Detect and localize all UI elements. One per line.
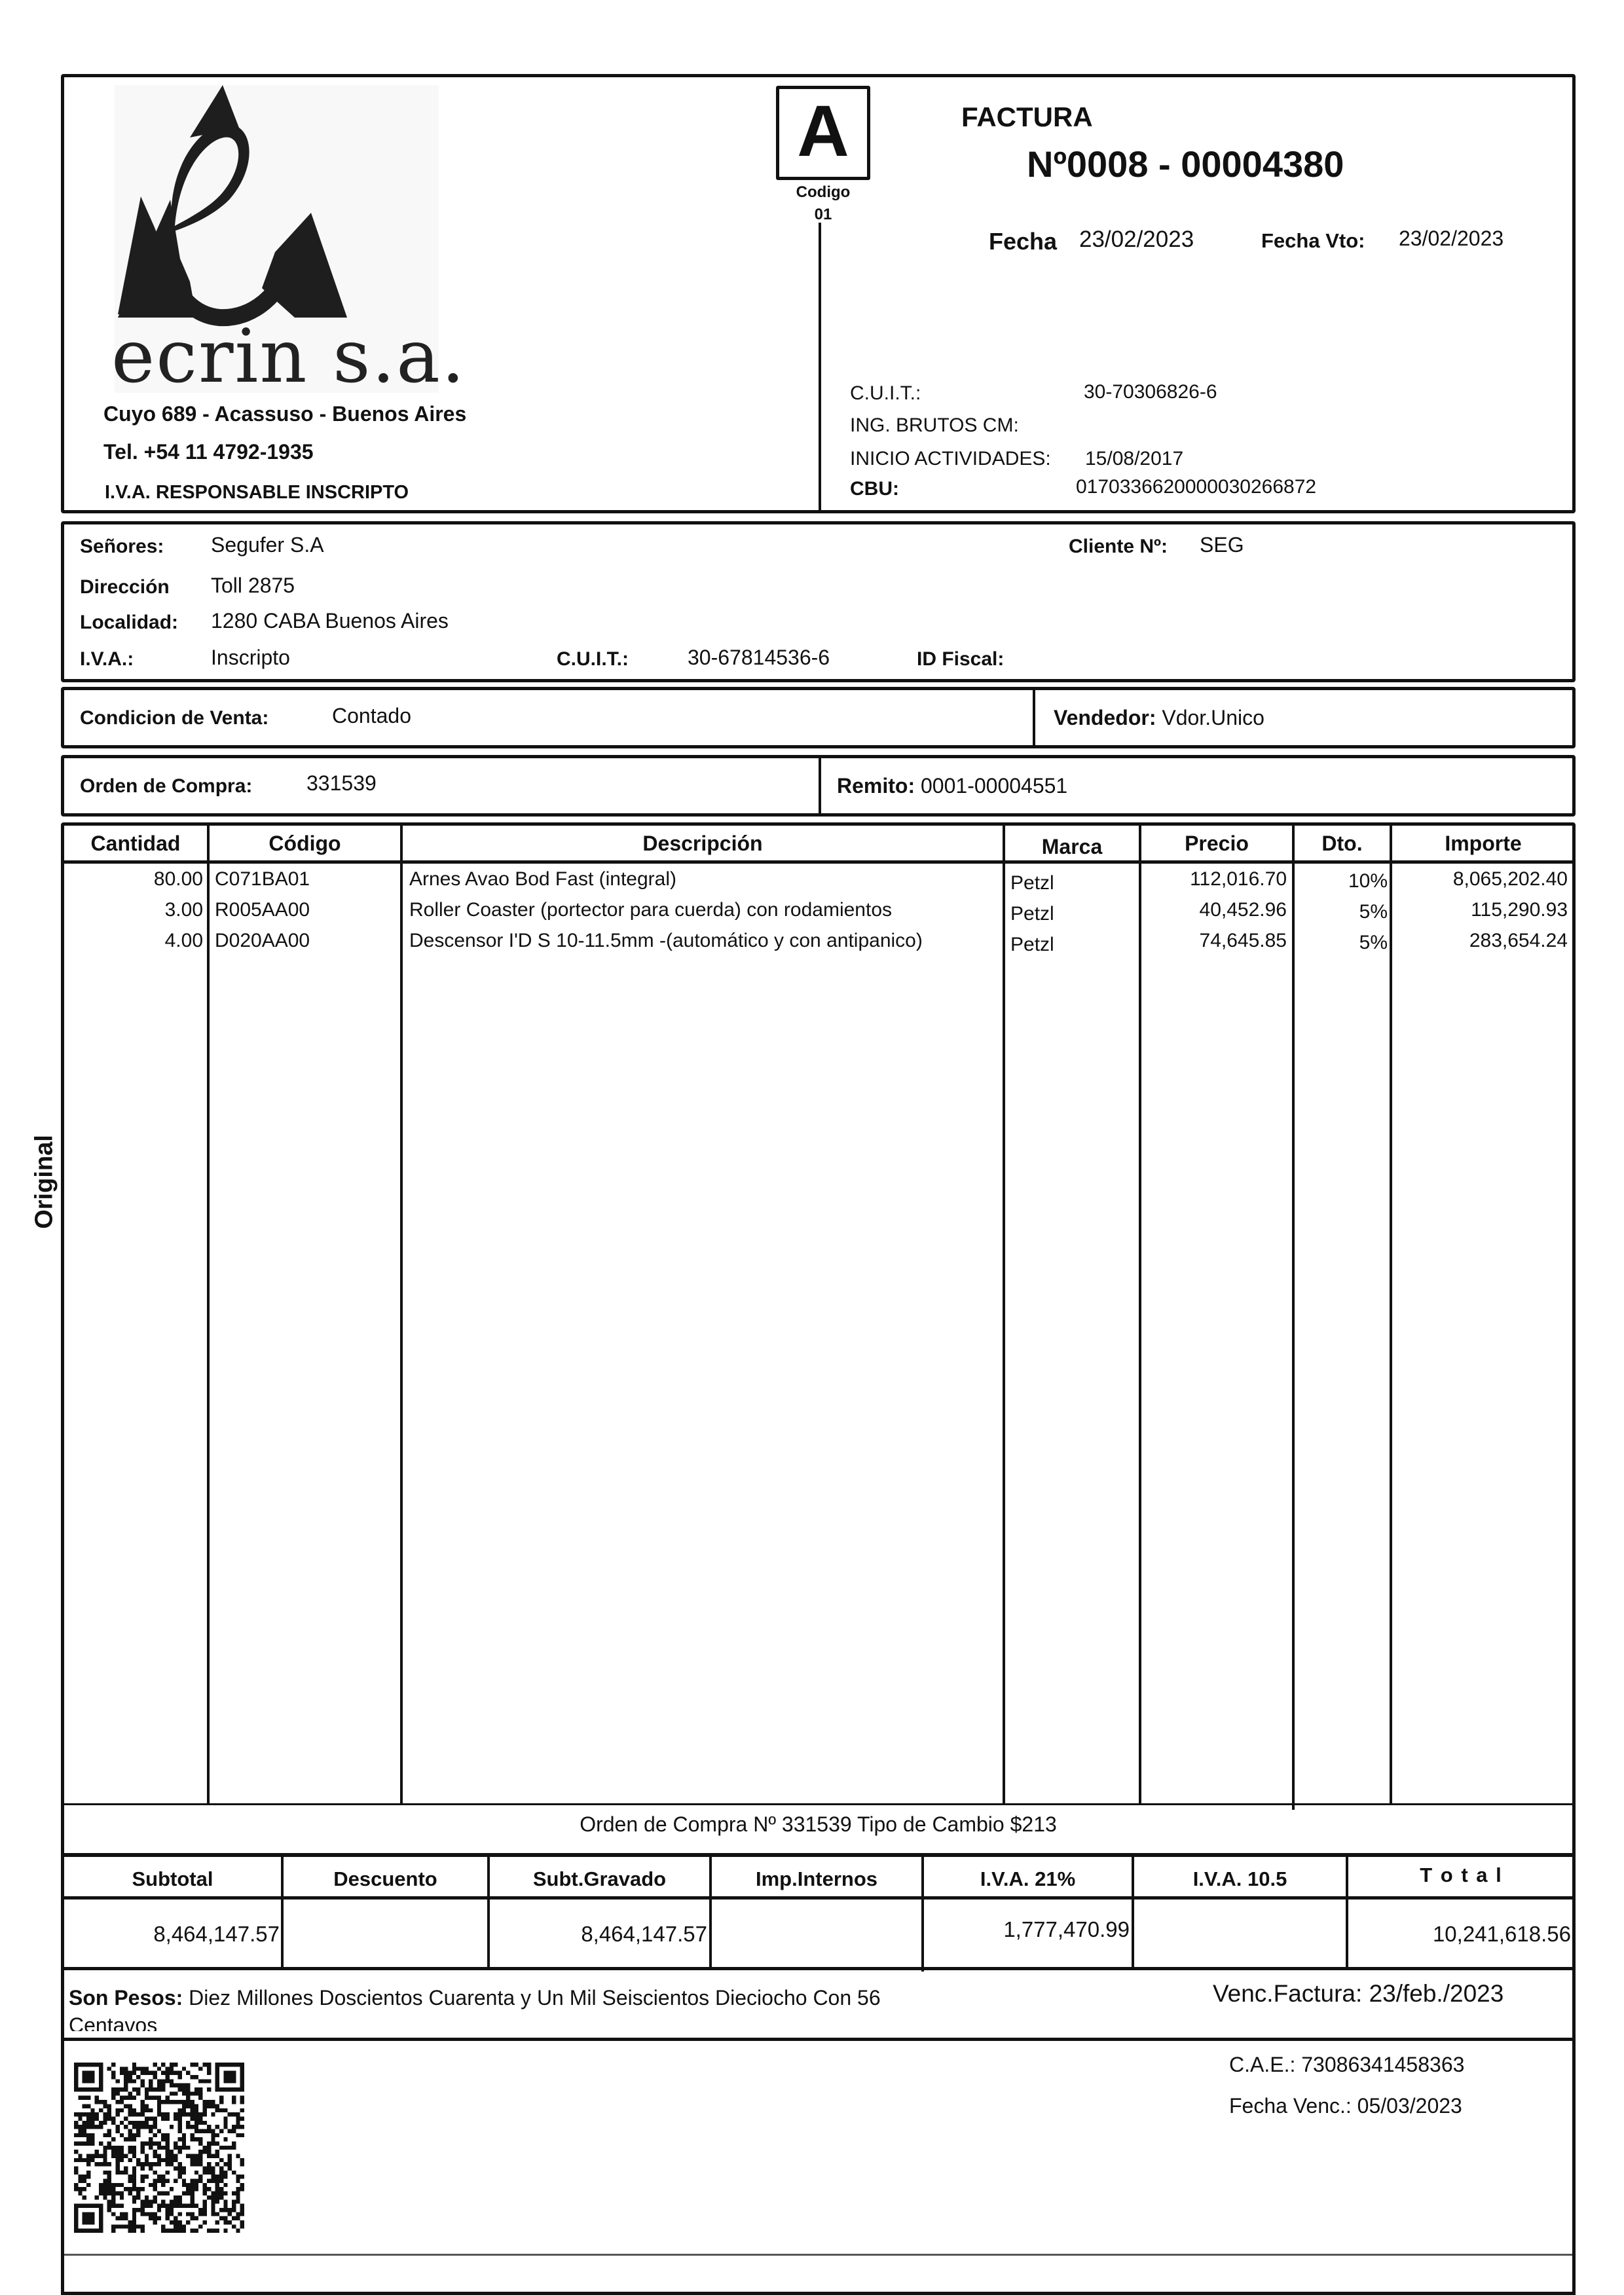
items-table [61, 822, 1576, 1857]
items-bottom-line [62, 1803, 1574, 1805]
orden-compra-value: 331539 [306, 771, 377, 796]
localidad-label: Localidad: [80, 612, 178, 634]
total-header-subt-gravado: Subt.Gravado [490, 1867, 709, 1891]
cell-marca: Petzl [1010, 903, 1135, 925]
invoice-code: 01 [783, 206, 864, 224]
cell-precio: 112,016.70 [1141, 868, 1287, 890]
total-value-subtotal: 8,464,147.57 [64, 1922, 280, 1947]
col-header-precio: Precio [1141, 832, 1292, 856]
col-divider [1003, 824, 1005, 1805]
direccion-value: Toll 2875 [211, 574, 295, 598]
cell-marca: Petzl [1010, 872, 1135, 894]
col-header-codigo: Código [210, 832, 400, 856]
col-header-descripcion: Descripción [403, 832, 1003, 856]
remito-value: 0001-00004551 [921, 774, 1067, 798]
sale-condition-box [61, 687, 1576, 748]
fecha-value: 23/02/2023 [1079, 227, 1194, 253]
total-header-subtotal: Subtotal [64, 1867, 281, 1891]
cell-importe: 283,654.24 [1392, 930, 1568, 952]
venc-factura: Venc.Factura: 23/feb./2023 [1213, 1980, 1504, 2008]
vendedor-value: Vdor.Unico [1162, 706, 1264, 729]
frame-right [1572, 1853, 1576, 2295]
issuer-cuit: 30-70306826-6 [1084, 381, 1217, 403]
issuer-cuit-label: C.U.I.T.: [850, 382, 921, 405]
total-header-imp-internos: Imp.Internos [712, 1867, 921, 1891]
customer-name: Segufer S.A [211, 533, 324, 557]
total-header-total: T o t a l [1348, 1864, 1574, 1887]
total-header-iva-21: I.V.A. 21% [924, 1867, 1132, 1891]
frame-left [61, 1853, 64, 2295]
col-header-dto: Dto. [1295, 832, 1390, 856]
fecha-vto-label: Fecha Vto: [1261, 229, 1365, 253]
items-footer-note: Orden de Compra Nº 331539 Tipo de Cambio… [62, 1812, 1574, 1837]
items-header-line [62, 860, 1574, 864]
cell-codigo: D020AA00 [215, 930, 398, 952]
total-header-iva-105: I.V.A. 10.5 [1134, 1867, 1346, 1891]
invoice-letter: A [797, 91, 849, 172]
col-divider [1139, 824, 1141, 1805]
vendedor-field: Vendedor: Vdor.Unico [1054, 706, 1264, 730]
company-name: ecrin s.a. [111, 314, 466, 399]
cell-precio: 74,645.85 [1141, 930, 1287, 952]
issuer-address: Cuyo 689 - Acassuso - Buenos Aires [103, 402, 466, 426]
cell-cantidad: 3.00 [64, 899, 203, 921]
orden-compra-label: Orden de Compra: [80, 775, 252, 798]
col-divider [1390, 824, 1392, 1805]
totals-bottom-line [62, 1967, 1574, 1970]
localidad-value: 1280 CABA Buenos Aires [211, 609, 449, 633]
cell-descripcion: Roller Coaster (portector para cuerda) c… [409, 899, 999, 921]
cell-dto: 10% [1295, 870, 1388, 892]
col-header-importe: Importe [1392, 832, 1574, 856]
cell-codigo: R005AA00 [215, 899, 398, 921]
invoice-code-label: Codigo [783, 183, 864, 202]
cell-codigo: C071BA01 [215, 868, 398, 890]
amount-in-words: Son Pesos: Diez Millones Doscientos Cuar… [69, 1984, 959, 2031]
frame-bottom [61, 2292, 1576, 2295]
copy-type-text: Original [31, 1135, 59, 1229]
issuer-phone: Tel. +54 11 4792-1935 [103, 440, 314, 464]
inicio-actividades-value: 15/08/2017 [1085, 448, 1183, 470]
order-divider [819, 757, 821, 815]
col-divider [1292, 824, 1295, 1810]
header-divider [819, 223, 821, 512]
cell-cantidad: 80.00 [64, 868, 203, 890]
cell-descripcion: Descensor I'D S 10-11.5mm -(automático y… [409, 930, 999, 952]
ing-brutos-label: ING. BRUTOS CM: [850, 414, 1019, 437]
cbu-label: CBU: [850, 478, 899, 500]
total-value-subt-gravado: 8,464,147.57 [490, 1922, 707, 1947]
cell-cantidad: 4.00 [64, 930, 203, 952]
total-value-iva-21: 1,777,470.99 [924, 1917, 1130, 1942]
condicion-label: Condicion de Venta: [80, 707, 268, 729]
col-header-marca: Marca [1005, 835, 1139, 859]
cell-importe: 115,290.93 [1392, 899, 1568, 921]
customer-iva-value: Inscripto [211, 646, 290, 670]
id-fiscal-label: ID Fiscal: [917, 648, 1004, 670]
direccion-label: Dirección [80, 576, 170, 598]
cae-top-line [62, 2038, 1574, 2041]
vendedor-label: Vendedor: [1054, 706, 1156, 729]
sale-condition-divider [1033, 689, 1035, 746]
cell-descripcion: Arnes Avao Bod Fast (integral) [409, 868, 999, 890]
customer-cuit-label: C.U.I.T.: [557, 648, 629, 670]
fecha-vto-value: 23/02/2023 [1399, 227, 1504, 251]
cbu-value: 0170336620000030266872 [1076, 476, 1316, 498]
total-header-descuento: Descuento [284, 1867, 487, 1891]
cliente-label: Cliente Nº: [1069, 536, 1168, 558]
son-pesos-text: Diez Millones Doscientos Cuarenta y Un M… [69, 1986, 881, 2031]
cliente-value: SEG [1200, 533, 1244, 557]
remito-label: Remito: [837, 774, 915, 798]
invoice-number: Nº0008 - 00004380 [1027, 143, 1344, 185]
cell-importe: 8,065,202.40 [1392, 868, 1568, 890]
footer-line [62, 2254, 1574, 2256]
cell-dto: 5% [1295, 932, 1388, 954]
cell-precio: 40,452.96 [1141, 899, 1287, 921]
total-value-total: 10,241,618.56 [1348, 1922, 1571, 1947]
col-divider [400, 824, 403, 1805]
cae-number: C.A.E.: 73086341458363 [1229, 2053, 1464, 2077]
cell-dto: 5% [1295, 901, 1388, 923]
issuer-iva-condition: I.V.A. RESPONSABLE INSCRIPTO [105, 482, 409, 504]
condicion-value: Contado [332, 704, 411, 728]
son-pesos-label: Son Pesos: [69, 1986, 183, 2010]
qr-code-icon [74, 2063, 244, 2233]
col-header-cantidad: Cantidad [64, 832, 207, 856]
cell-marca: Petzl [1010, 934, 1135, 956]
customer-iva-label: I.V.A.: [80, 648, 134, 670]
customer-cuit-value: 30-67814536-6 [688, 646, 830, 670]
invoice-letter-box: A [776, 86, 870, 180]
remito-field: Remito: 0001-00004551 [837, 774, 1067, 798]
senores-label: Señores: [80, 536, 164, 558]
col-divider [207, 824, 210, 1805]
inicio-actividades-label: INICIO ACTIVIDADES: [850, 448, 1051, 470]
invoice-type: FACTURA [961, 101, 1093, 133]
fecha-label: Fecha [989, 228, 1057, 255]
cae-fecha-venc: Fecha Venc.: 05/03/2023 [1229, 2094, 1462, 2118]
